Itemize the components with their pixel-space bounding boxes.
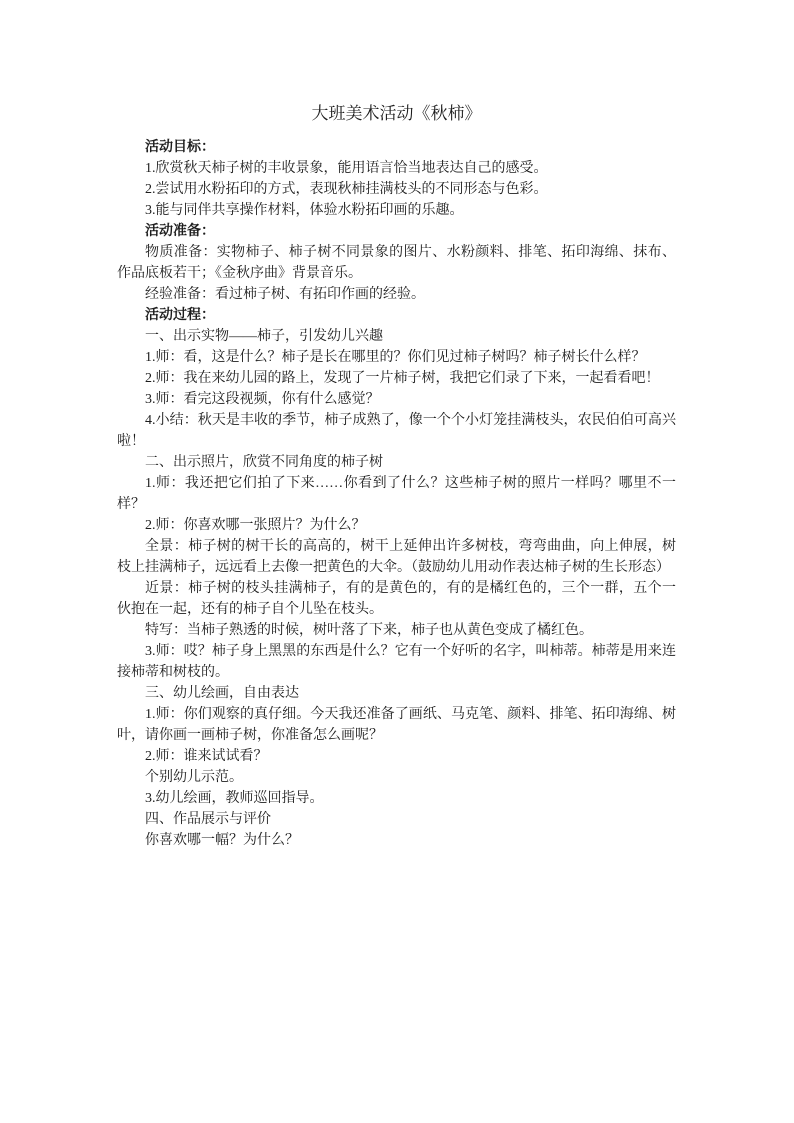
paragraph: 2.师：你喜欢哪一张照片？为什么？ [117, 515, 676, 536]
document-page: 大班美术活动《秋柿》 活动目标：1.欣赏秋天柿子树的丰收景象，能用语言恰当地表达… [0, 0, 794, 1123]
paragraph: 1.师：你们观察的真仔细。今天我还准备了画纸、马克笔、颜料、排笔、拓印海绵、树叶… [117, 704, 676, 746]
paragraph: 四、作品展示与评价 [117, 809, 676, 830]
paragraph: 你喜欢哪一幅？为什么？ [117, 830, 676, 851]
paragraph: 3.师：看完这段视频，你有什么感觉？ [117, 389, 676, 410]
paragraph: 特写：当柿子熟透的时候，树叶落了下来，柿子也从黄色变成了橘红色。 [117, 620, 676, 641]
paragraph: 2.师：谁来试试看？ [117, 746, 676, 767]
paragraph: 2.尝试用水粉拓印的方式，表现秋柿挂满枝头的不同形态与色彩。 [117, 179, 676, 200]
paragraph: 1.欣赏秋天柿子树的丰收景象，能用语言恰当地表达自己的感受。 [117, 158, 676, 179]
paragraph: 3.师：哎？柿子身上黑黑的东西是什么？它有一个好听的名字，叫柿蒂。柿蒂是用来连接… [117, 641, 676, 683]
paragraph: 物质准备：实物柿子、柿子树不同景象的图片、水粉颜料、排笔、拓印海绵、抹布、作品底… [117, 242, 676, 284]
paragraph: 1.师：我还把它们拍了下来……你看到了什么？这些柿子树的照片一样吗？哪里不一样？ [117, 473, 676, 515]
paragraph: 4.小结：秋天是丰收的季节，柿子成熟了，像一个个小灯笼挂满枝头，农民伯伯可高兴啦… [117, 410, 676, 452]
document-body: 活动目标：1.欣赏秋天柿子树的丰收景象，能用语言恰当地表达自己的感受。2.尝试用… [117, 137, 676, 851]
paragraph: 1.师：看，这是什么？柿子是长在哪里的？你们见过柿子树吗？柿子树长什么样？ [117, 347, 676, 368]
paragraph: 个别幼儿示范。 [117, 767, 676, 788]
paragraph: 2.师：我在来幼儿园的路上，发现了一片柿子树，我把它们录了下来，一起看看吧！ [117, 368, 676, 389]
paragraph: 三、幼儿绘画，自由表达 [117, 683, 676, 704]
paragraph: 3.幼儿绘画，教师巡回指导。 [117, 788, 676, 809]
paragraph: 经验准备：看过柿子树、有拓印作画的经验。 [117, 284, 676, 305]
paragraph: 一、出示实物——柿子，引发幼儿兴趣 [117, 326, 676, 347]
paragraph: 二、出示照片，欣赏不同角度的柿子树 [117, 452, 676, 473]
section-heading: 活动准备： [117, 221, 676, 242]
paragraph: 近景：柿子树的枝头挂满柿子，有的是黄色的，有的是橘红色的，三个一群，五个一伙抱在… [117, 578, 676, 620]
section-heading: 活动过程： [117, 305, 676, 326]
section-heading: 活动目标： [117, 137, 676, 158]
paragraph: 3.能与同伴共享操作材料，体验水粉拓印画的乐趣。 [117, 200, 676, 221]
paragraph: 全景：柿子树的树干长的高高的，树干上延伸出许多树枝，弯弯曲曲，向上伸展，树枝上挂… [117, 536, 676, 578]
document-title: 大班美术活动《秋柿》 [117, 100, 676, 128]
